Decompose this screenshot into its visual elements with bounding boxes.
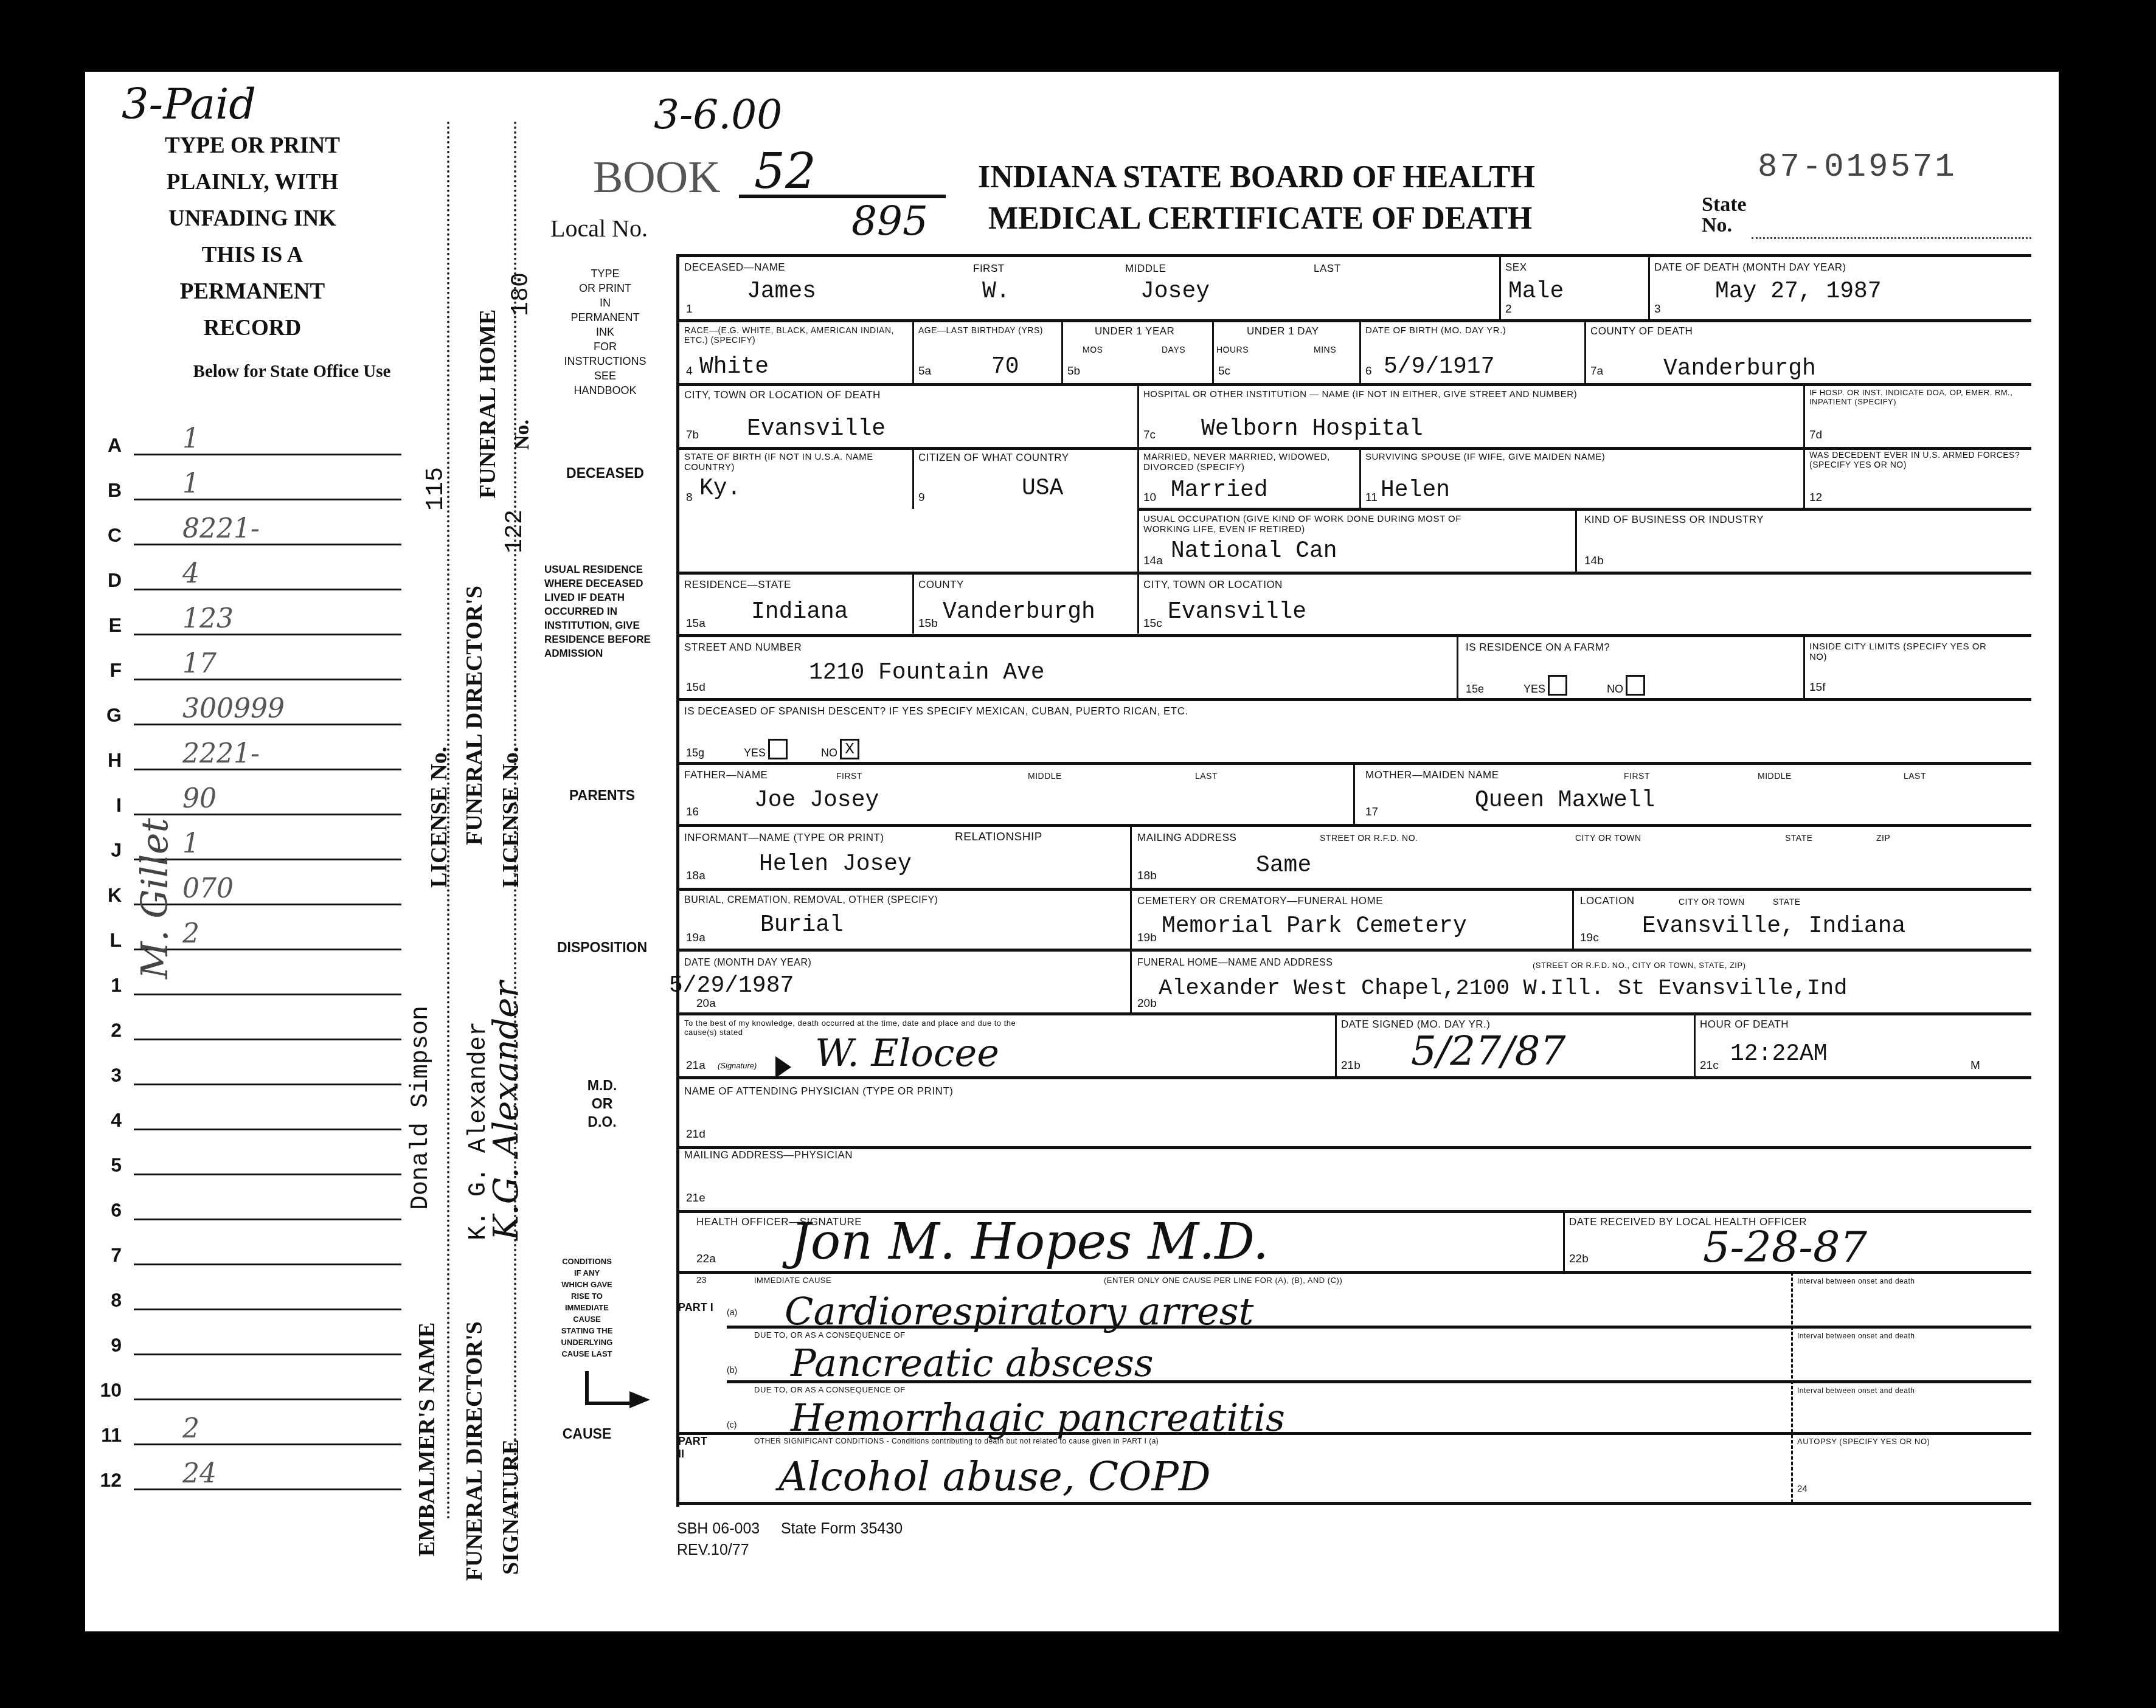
field-number: 8 <box>686 491 693 505</box>
form-revision: REV.10/77 <box>677 1541 749 1559</box>
state-code-line <box>134 679 401 680</box>
field-number: 2 <box>1505 303 1512 316</box>
book-label: BOOK <box>593 152 721 204</box>
burial-location[interactable]: Evansville, Indiana <box>1642 913 1905 939</box>
funeral-home-label: FUNERAL HOME <box>474 309 501 499</box>
sex-label: SEX <box>1505 261 1527 274</box>
rule <box>1575 509 1577 572</box>
state-code-row: 9 <box>85 1322 401 1359</box>
state-of-birth[interactable]: Ky. <box>699 475 741 502</box>
side-text: OCCURRED IN <box>544 604 672 618</box>
farm-yes-label: YES <box>1523 683 1545 695</box>
state-code-label: K <box>85 884 122 907</box>
state-code-value[interactable]: 2221- <box>182 738 260 769</box>
funeral-home-no-label: No. <box>511 420 534 450</box>
field-number: 16 <box>686 806 699 819</box>
side-text: IMMEDIATE <box>547 1302 626 1313</box>
side-text: LIVED IF DEATH <box>544 590 672 604</box>
sex-value[interactable]: Male <box>1508 278 1564 305</box>
state-code-row: C8221- <box>85 513 401 549</box>
book-number: 52 <box>754 143 816 199</box>
state-code-value[interactable]: 17 <box>182 648 217 679</box>
field-number: 21b <box>1341 1059 1360 1073</box>
date-of-death-label: DATE OF DEATH (MONTH DAY YEAR) <box>1654 261 1846 274</box>
hour-of-death[interactable]: 12:22AM <box>1730 1041 1828 1067</box>
parents-section-label: PARENTS <box>547 787 657 804</box>
res-county-label: COUNTY <box>918 579 964 591</box>
side-text: STATING THE <box>547 1325 626 1336</box>
city-limits-label: INSIDE CITY LIMITS (SPECIFY YES OR NO) <box>1809 641 1992 662</box>
rule <box>1130 825 1132 1014</box>
res-city-label: CITY, TOWN OR LOCATION <box>1143 579 1283 591</box>
state-code-label: 10 <box>85 1379 122 1402</box>
interval-label: Interval between onset and death <box>1797 1332 1915 1340</box>
state-no: 87-019571 <box>1758 149 1957 186</box>
state-code-line <box>134 1174 401 1175</box>
rule <box>1694 1014 1696 1077</box>
side-text: OR <box>566 1094 639 1113</box>
mailing-sub-label: STATE <box>1785 833 1813 843</box>
state-code-line <box>134 1039 401 1040</box>
state-code-value[interactable]: 1 <box>182 423 199 454</box>
rule <box>678 1012 2031 1015</box>
days-label: DAYS <box>1162 345 1185 354</box>
state-code-row: I90 <box>85 783 401 819</box>
father-label: FATHER—NAME <box>684 769 768 781</box>
arrow-head-icon <box>629 1391 650 1408</box>
fd-director-label-2: FUNERAL DIRECTOR'S <box>461 586 488 845</box>
title-certificate: MEDICAL CERTIFICATE OF DEATH <box>988 201 1532 237</box>
father-name[interactable]: Joe Josey <box>754 787 879 814</box>
cause-section-label: CAUSE <box>556 1426 617 1442</box>
physician-address-label: MAILING ADDRESS—PHYSICIAN <box>684 1149 853 1161</box>
location-sub-label: CITY OR TOWN <box>1679 897 1745 907</box>
side-text: USUAL RESIDENCE <box>544 562 672 576</box>
embalmer-name: Donald Simpson <box>407 1006 435 1210</box>
race-label: RACE—(e.g. White, Black, American Indian… <box>684 325 903 345</box>
field-number: 15a <box>686 617 705 631</box>
state-code-line <box>134 1354 401 1355</box>
state-code-label: J <box>85 839 122 862</box>
informant-mailing-address[interactable]: Same <box>1256 852 1311 879</box>
state-code-line <box>134 1129 401 1130</box>
autopsy-label: AUTOPSY (Specify Yes or No) <box>1797 1437 1930 1446</box>
citizenship[interactable]: USA <box>1022 475 1063 502</box>
state-code-line <box>134 634 401 635</box>
side-text: WHICH GAVE <box>547 1279 626 1290</box>
rule <box>1137 384 1139 634</box>
state-code-value[interactable]: 1 <box>182 828 199 859</box>
rule <box>1563 1211 1565 1272</box>
first-label: FIRST <box>973 263 1005 275</box>
side-text: INK <box>547 325 663 339</box>
field-number: 9 <box>918 491 925 505</box>
location-label: LOCATION <box>1580 895 1635 907</box>
field-number: 19c <box>1580 932 1599 945</box>
state-code-value[interactable]: 2 <box>182 1413 199 1444</box>
state-code-line <box>134 1309 401 1310</box>
cause-a[interactable]: Cardiorespiratory arrest <box>785 1289 1253 1333</box>
state-code-line <box>134 1084 401 1085</box>
state-code-row: 3 <box>85 1053 401 1089</box>
field-number: 5b <box>1067 365 1080 378</box>
rule <box>912 573 914 634</box>
field-number: 24 <box>1797 1484 1808 1494</box>
burial-method[interactable]: Burial <box>760 912 844 938</box>
citizen-label: CITIZEN OF WHAT COUNTRY <box>918 452 1069 464</box>
name-label: DECEASED—NAME <box>684 261 785 274</box>
first-label: FIRST <box>836 771 862 781</box>
rule <box>678 698 2031 701</box>
side-text: INSTITUTION, GIVE <box>544 618 672 632</box>
deceased-first-name[interactable]: James <box>747 278 816 305</box>
state-code-label: 7 <box>85 1244 122 1267</box>
state-code-label: G <box>85 704 122 727</box>
state-code-row: F17 <box>85 648 401 684</box>
rule <box>1648 255 1650 319</box>
residence-state[interactable]: Indiana <box>751 599 848 625</box>
field-number: 7c <box>1143 429 1156 442</box>
field-number: 21a <box>686 1059 705 1073</box>
rule <box>678 949 2031 952</box>
field-number: 7d <box>1809 429 1822 442</box>
rule <box>1359 320 1361 383</box>
rule <box>1061 320 1063 383</box>
field-number: 11 <box>1365 491 1378 505</box>
form-left-border <box>676 254 679 1507</box>
field-number: 6 <box>1365 365 1372 378</box>
instruction-line: PLAINLY, WITH <box>119 164 386 201</box>
immediate-cause-label: IMMEDIATE CAUSE <box>754 1276 831 1285</box>
deceased-section-label: DECEASED <box>547 465 663 482</box>
state-code-row: 4 <box>85 1098 401 1134</box>
part-2-label: PART II <box>678 1435 715 1461</box>
farm-yes-checkbox[interactable] <box>1548 675 1567 696</box>
cemetery-name[interactable]: Memorial Park Cemetery <box>1162 913 1467 939</box>
mins-label: MINS <box>1314 345 1336 354</box>
rule <box>1212 320 1214 383</box>
arrow-icon <box>585 1371 631 1405</box>
rule <box>912 448 914 509</box>
side-text: D.O. <box>566 1113 639 1131</box>
informant-label: INFORMANT—NAME (Type or print) <box>684 832 884 844</box>
spouse-label: SURVIVING SPOUSE (If wife, give maiden n… <box>1365 452 1605 462</box>
state-code-row: G300999 <box>85 693 401 729</box>
residence-street[interactable]: 1210 Fountain Ave <box>809 660 1045 686</box>
line-b-marker: (b) <box>727 1365 737 1375</box>
cemetery-label: CEMETERY OR CREMATORY—FUNERAL HOME <box>1137 895 1383 907</box>
state-code-value[interactable]: 070 <box>182 873 234 904</box>
city-death-label: CITY, TOWN OR LOCATION OF DEATH <box>684 389 881 401</box>
signature-label: (Signature) <box>718 1061 757 1070</box>
signature-arrow-icon <box>775 1056 791 1078</box>
state-code-row: A1 <box>85 423 401 459</box>
field-number: 1 <box>686 303 693 316</box>
state-code-label: 11 <box>85 1424 122 1447</box>
certifier-signature[interactable]: W. Elocee <box>815 1031 999 1075</box>
mailing-sub-label: STREET OR R.F.D. NO. <box>1320 833 1418 843</box>
side-text: UNDERLYING <box>547 1336 626 1348</box>
side-text: INSTRUCTIONS <box>547 354 663 368</box>
date-received[interactable]: 5-28-87 <box>1703 1222 1867 1272</box>
field-number: 15e <box>1466 683 1484 695</box>
middle-label: MIDDLE <box>1758 771 1792 781</box>
fd-license: 122 <box>502 510 529 553</box>
field-number: 12 <box>1809 491 1822 505</box>
field-number: 15f <box>1809 681 1825 694</box>
last-label: LAST <box>1314 263 1341 275</box>
state-code-line <box>134 1488 401 1490</box>
fd-license-label: LICENSE No. <box>497 747 524 888</box>
field-number: 18a <box>686 870 705 883</box>
line-a-marker: (a) <box>727 1307 737 1317</box>
due-to-label: DUE TO, OR AS A CONSEQUENCE OF <box>754 1385 906 1394</box>
state-code-line <box>134 454 401 455</box>
rule <box>678 1076 2031 1079</box>
field-number: 14b <box>1584 555 1604 568</box>
state-code-label: 2 <box>85 1019 122 1042</box>
side-text: M.D. <box>566 1076 639 1094</box>
line-c-marker: (c) <box>727 1420 737 1430</box>
side-text: RESIDENCE BEFORE <box>544 632 672 646</box>
state-code-label: H <box>85 749 122 772</box>
health-officer-signature[interactable]: Jon M. Hopes M.D. <box>791 1213 1269 1271</box>
embalmer-license: 115 <box>423 467 450 511</box>
side-text: SEE <box>547 368 663 383</box>
county-of-death[interactable]: Vanderburgh <box>1663 356 1816 382</box>
state-code-value[interactable]: 2 <box>182 918 199 949</box>
margin-annotation: M. Gillet <box>134 818 176 979</box>
rule <box>1584 320 1586 383</box>
field-number: 15d <box>686 681 705 694</box>
spanish-label: IS DECEASED OF SPANISH DESCENT? IF YES S… <box>684 705 1188 717</box>
spanish-yes-checkbox[interactable] <box>768 739 788 759</box>
type-print-instructions: TYPE OR PRINT IN PERMANENT INK FOR INSTR… <box>547 266 663 398</box>
hour-of-death-label: HOUR OF DEATH <box>1700 1018 1789 1031</box>
state-code-value[interactable]: 123 <box>182 603 234 634</box>
state-no-label: State <box>1702 193 1747 216</box>
state-code-row: 1 <box>85 963 401 999</box>
field-number: 15g <box>686 747 704 759</box>
part-1-label: PART I <box>678 1301 715 1314</box>
field-number: 17 <box>1365 806 1378 819</box>
mother-maiden-name[interactable]: Queen Maxwell <box>1475 787 1655 814</box>
state-code-label: F <box>85 659 122 682</box>
funeral-home-field-label: FUNERAL HOME—NAME AND ADDRESS <box>1137 958 1333 969</box>
state-code-row: 7 <box>85 1233 401 1269</box>
physician-label: NAME OF ATTENDING PHYSICIAN (Type or Pri… <box>684 1085 953 1098</box>
local-no: 895 <box>851 198 928 244</box>
first-label: FIRST <box>1624 771 1650 781</box>
state-code-value[interactable]: 24 <box>182 1458 217 1489</box>
spanish-no-label: NO <box>821 747 837 759</box>
cause-c[interactable]: Hemorrhagic pancreatitis <box>791 1395 1285 1440</box>
funeral-home-address[interactable]: Alexander West Chapel,2100 W.Ill. St Eva… <box>1159 976 1847 1001</box>
interval-label: Interval between onset and death <box>1797 1386 1915 1395</box>
field-number: 5c <box>1218 365 1230 378</box>
field-number: 15c <box>1143 617 1162 631</box>
date-of-death[interactable]: May 27, 1987 <box>1715 278 1882 305</box>
state-code-row: 112 <box>85 1412 401 1449</box>
field-number: 22b <box>1569 1253 1589 1266</box>
instructions-block: TYPE OR PRINT PLAINLY, WITH UNFADING INK… <box>119 128 386 347</box>
disposition-date-label: DATE (MONTH DAY YEAR) <box>684 958 811 969</box>
rule <box>678 824 2031 827</box>
deceased-last-name[interactable]: Josey <box>1140 278 1210 305</box>
side-text: OR PRINT <box>547 281 663 296</box>
hours-label: HOURS <box>1216 345 1249 354</box>
form-id: SBH 06-003 State Form 35430 <box>677 1520 903 1538</box>
rule <box>678 634 2031 637</box>
state-code-row: 1224 <box>85 1457 401 1494</box>
city-of-death[interactable]: Evansville <box>747 416 886 442</box>
state-code-label: 1 <box>85 974 122 997</box>
state-no-label-2: No. <box>1702 214 1732 237</box>
disposition-date[interactable]: 5/29/1987 <box>669 973 794 999</box>
mailing-sub-label: ZIP <box>1876 833 1890 843</box>
instruction-line: UNFADING INK <box>119 201 386 237</box>
state-code-value[interactable]: 1 <box>182 468 199 499</box>
side-text: HANDBOOK <box>547 383 663 398</box>
cause-b[interactable]: Pancreatic abscess <box>791 1341 1154 1385</box>
mailing-sub-label: CITY OR TOWN <box>1575 833 1641 843</box>
state-code-line <box>134 589 401 590</box>
state-code-row: 5 <box>85 1143 401 1179</box>
rule <box>678 1146 2031 1149</box>
state-code-label: A <box>85 434 122 457</box>
state-code-label: 4 <box>85 1109 122 1132</box>
spanish-no-checkbox[interactable]: X <box>840 739 859 759</box>
due-to-label: DUE TO, OR AS A CONSEQUENCE OF <box>754 1330 906 1340</box>
paid-annotation: 3-Paid <box>122 79 256 129</box>
state-code-line <box>134 1264 401 1265</box>
state-code-label: D <box>85 569 122 592</box>
state-code-label: 6 <box>85 1199 122 1222</box>
state-code-row: 8 <box>85 1278 401 1314</box>
location-sub-label: STATE <box>1773 897 1801 907</box>
age-value[interactable]: 70 <box>991 354 1019 380</box>
embalmer-name-label: EMBALMER'S NAME <box>414 1322 440 1557</box>
last-label: LAST <box>1904 771 1926 781</box>
state-code-value[interactable]: 8221- <box>182 513 260 544</box>
state-code-label: 9 <box>85 1334 122 1357</box>
rule <box>1499 255 1501 319</box>
state-code-row: D4 <box>85 558 401 594</box>
funeral-director-label: FUNERAL DIRECTOR'S <box>461 1321 488 1581</box>
usual-occupation[interactable]: National Can <box>1171 538 1337 564</box>
county-death-label: COUNTY OF DEATH <box>1590 325 1693 337</box>
embalmer-license-label: LICENSE No. <box>426 747 452 888</box>
rule <box>1457 635 1458 698</box>
spanish-yes-label: YES <box>744 747 766 759</box>
field-number: 18b <box>1137 870 1157 883</box>
conditions-label: CONDITIONS IF ANY WHICH GAVE RISE TO IMM… <box>547 1256 626 1360</box>
side-text: WHERE DECEASED <box>544 576 672 590</box>
local-no-label: Local No. <box>550 214 648 243</box>
surviving-spouse[interactable]: Helen <box>1381 477 1450 503</box>
disposition-section-label: DISPOSITION <box>541 939 663 956</box>
fee-annotation: 3-6.00 <box>654 91 782 138</box>
state-code-label: 3 <box>85 1064 122 1087</box>
farm-no-checkbox[interactable] <box>1626 675 1645 696</box>
instruction-line: PERMANENT <box>119 274 386 310</box>
md-do-label: M.D. OR D.O. <box>566 1076 639 1131</box>
state-code-value[interactable]: 300999 <box>182 693 285 724</box>
state-code-label: 8 <box>85 1289 122 1312</box>
funeral-home-no: 180 <box>508 272 535 316</box>
side-text: IN <box>547 296 663 310</box>
spanish-options: 15g YES NOX <box>686 739 859 759</box>
rule <box>1359 448 1361 509</box>
state-code-row: 2 <box>85 1008 401 1044</box>
field-number: 21c <box>1700 1059 1719 1073</box>
side-text: RISE TO <box>547 1290 626 1302</box>
funeral-home-sub-label: (STREET OR R.F.D. NO., CITY OR TOWN, STA… <box>1533 961 1745 970</box>
rule <box>678 572 2031 575</box>
field-number: 15b <box>918 617 938 631</box>
state-code-line <box>134 814 401 815</box>
street-label: STREET AND NUMBER <box>684 641 802 654</box>
field-number: 14a <box>1143 555 1163 568</box>
state-code-value[interactable]: 4 <box>182 558 199 589</box>
rule <box>678 1502 2031 1505</box>
rule <box>1137 508 2031 511</box>
state-code-row: H2221- <box>85 738 401 774</box>
side-text: PERMANENT <box>547 310 663 325</box>
deceased-middle-name[interactable]: W. <box>982 278 1010 305</box>
state-code-row: L2 <box>85 918 401 954</box>
rule <box>1572 889 1574 950</box>
hospital-name[interactable]: Welborn Hospital <box>1201 416 1423 442</box>
side-text: CAUSE <box>547 1313 626 1325</box>
date-of-birth[interactable]: 5/9/1917 <box>1384 354 1494 380</box>
informant-name[interactable]: Helen Josey <box>759 851 912 877</box>
mos-label: MOS <box>1083 345 1103 354</box>
state-code-line <box>134 1219 401 1220</box>
marital-status[interactable]: Married <box>1171 477 1268 503</box>
side-text: FOR <box>547 339 663 354</box>
res-state-label: RESIDENCE—STATE <box>684 579 791 591</box>
mother-label: MOTHER—MAIDEN NAME <box>1365 769 1499 781</box>
field-number: 21d <box>686 1128 705 1141</box>
field-number: 23 <box>696 1275 707 1285</box>
state-code-label: C <box>85 524 122 547</box>
field-number: 7a <box>1590 365 1603 378</box>
residence-city[interactable]: Evansville <box>1168 599 1306 625</box>
side-text: ADMISSION <box>544 646 672 660</box>
state-birth-label: STATE OF BIRTH (If not in U.S.A. name co… <box>684 452 903 472</box>
other-conditions[interactable]: Alcohol abuse, COPD <box>778 1453 1211 1500</box>
field-number: 19b <box>1137 932 1157 945</box>
rule <box>678 383 2031 386</box>
fd-signature: K.G. Alexander <box>487 981 526 1240</box>
state-code-value[interactable]: 90 <box>182 783 217 814</box>
state-code-label: 5 <box>85 1154 122 1177</box>
side-text: CONDITIONS <box>547 1256 626 1267</box>
side-text: IF ANY <box>547 1267 626 1279</box>
rule <box>1335 1014 1337 1077</box>
state-code-label: B <box>85 479 122 502</box>
state-code-row: J1 <box>85 828 401 864</box>
relationship-label: RELATIONSHIP <box>955 831 1042 844</box>
race-value[interactable]: White <box>699 354 769 380</box>
farm-label: IS RESIDENCE ON A FARM? <box>1466 641 1610 654</box>
residence-section-label: USUAL RESIDENCE WHERE DECEASED LIVED IF … <box>544 562 672 660</box>
date-signed[interactable]: 5/27/87 <box>1411 1028 1565 1074</box>
age-label: AGE—Last Birthday (Yrs) <box>918 325 1043 335</box>
residence-county[interactable]: Vanderburgh <box>943 599 1095 625</box>
field-number: 21e <box>686 1192 705 1205</box>
